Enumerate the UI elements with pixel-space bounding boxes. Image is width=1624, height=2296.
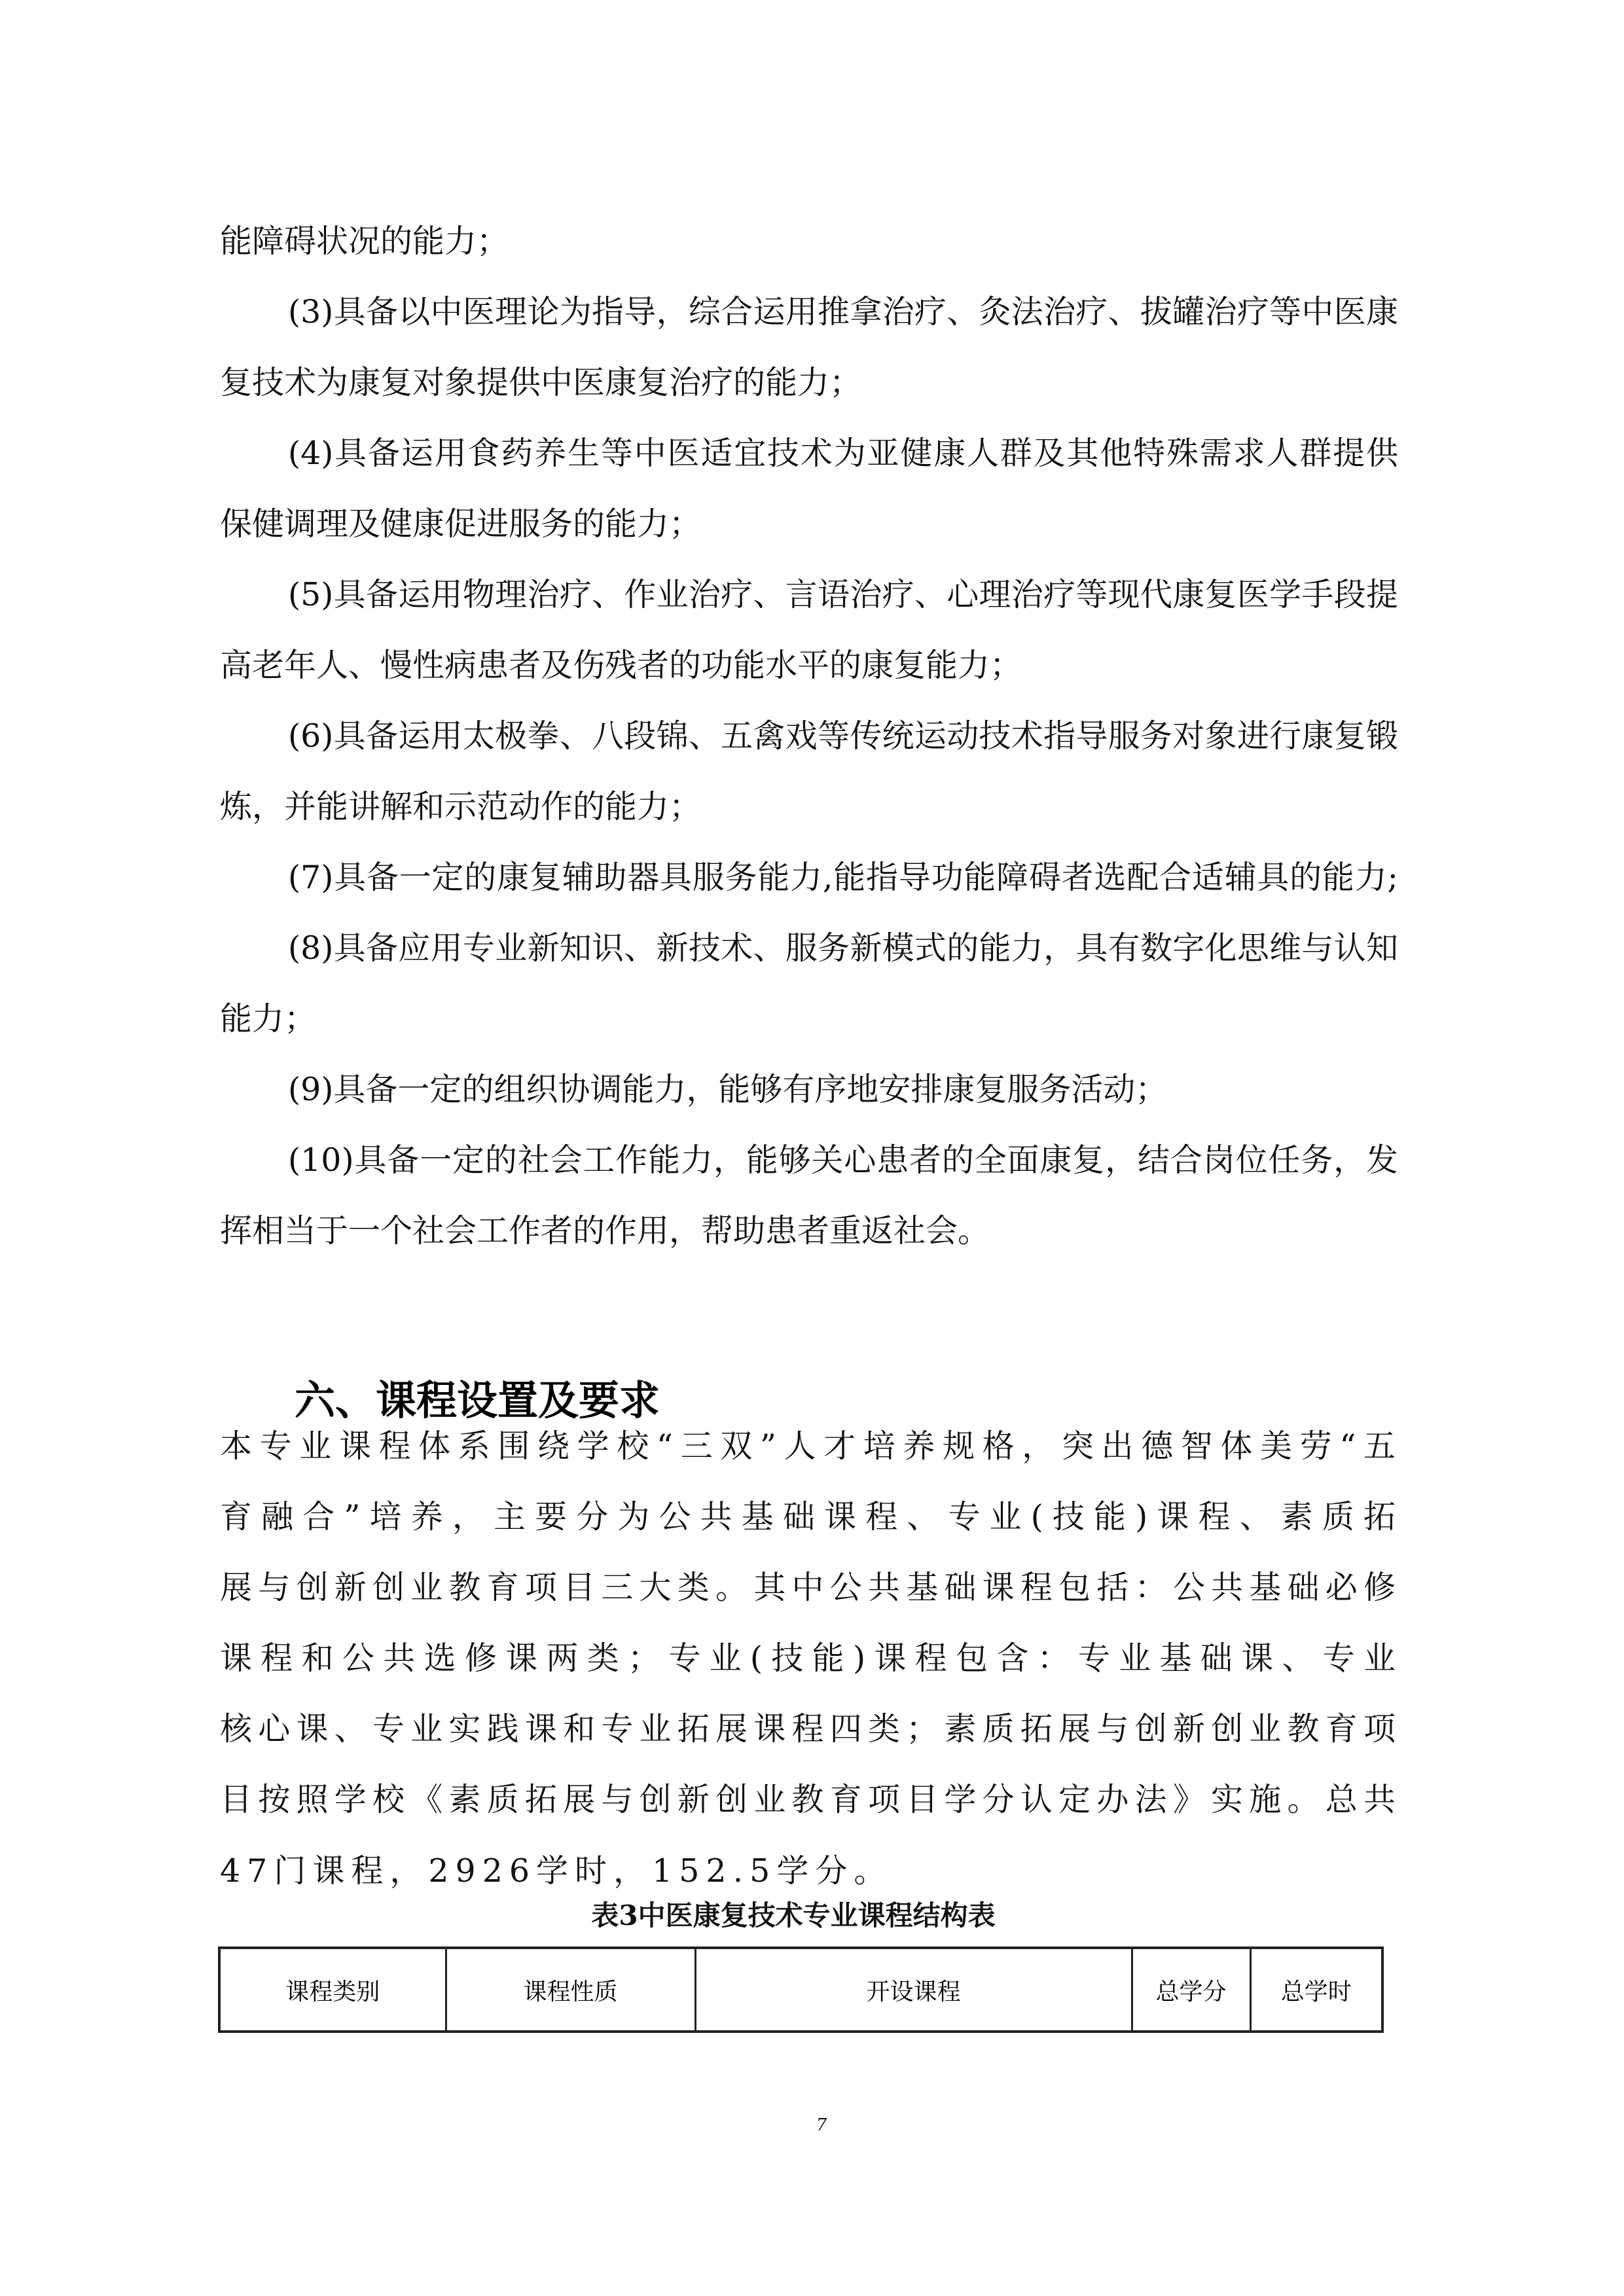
header-course-nature: 课程性质 bbox=[446, 1948, 695, 2032]
header-total-hours: 总学时 bbox=[1250, 1948, 1382, 2032]
paragraph-line: 本专业课程体系围绕学校“三双”人才培养规格，突出德智体美劳“五 bbox=[220, 1411, 1396, 1482]
table-caption: 表3中医康复技术专业课程结构表 bbox=[586, 1898, 1000, 1933]
list-item-6: (6)具备运用太极拳、八段锦、五禽戏等传统运动技术指导服务对象进行康复锻 bbox=[288, 701, 1398, 772]
course-structure-table: 课程类别 课程性质 开设课程 总学分 总学时 bbox=[218, 1946, 1384, 2033]
list-line: 保健调理及健康促进服务的能力； bbox=[220, 489, 1398, 560]
header-total-credits: 总学分 bbox=[1132, 1948, 1250, 2032]
list-item-10: (10)具备一定的社会工作能力，能够关心患者的全面康复，结合岗位任务，发 bbox=[288, 1125, 1398, 1196]
list-line: 炼，并能讲解和示范动作的能力； bbox=[220, 772, 1398, 842]
paragraph-line: 育融合”培养，主要分为公共基础课程、专业(技能)课程、素质拓 bbox=[220, 1482, 1396, 1552]
list-line: 复技术为康复对象提供中医康复治疗的能力； bbox=[220, 348, 1398, 418]
paragraph-line: 展与创新创业教育项目三大类。其中公共基础课程包括：公共基础必修 bbox=[220, 1552, 1396, 1623]
list-item-3: (3)具备以中医理论为指导，综合运用推拿治疗、灸法治疗、拔罐治疗等中医康 bbox=[288, 277, 1398, 348]
list-line: 高老年人、慢性病患者及伤残者的功能水平的康复能力； bbox=[220, 630, 1398, 701]
list-item-9: (9)具备一定的组织协调能力，能够有序地安排康复服务活动； bbox=[288, 1054, 1398, 1125]
list-item-7: (7)具备一定的康复辅助器具服务能力,能指导功能障碍者选配合适辅具的能力; bbox=[288, 842, 1398, 913]
table-header-row: 课程类别 课程性质 开设课程 总学分 总学时 bbox=[219, 1948, 1382, 2032]
list-item-4: (4)具备运用食药养生等中医适宜技术为亚健康人群及其他特殊需求人群提供 bbox=[288, 418, 1398, 489]
header-courses-offered: 开设课程 bbox=[695, 1948, 1132, 2032]
paragraph-line: 核心课、专业实践课和专业拓展课程四类；素质拓展与创新创业教育项 bbox=[220, 1694, 1396, 1765]
paragraph-line: 课程和公共选修课两类；专业(技能)课程包含：专业基础课、专业 bbox=[220, 1623, 1396, 1694]
list-item-5: (5)具备运用物理治疗、作业治疗、言语治疗、心理治疗等现代康复医学手段提 bbox=[288, 560, 1398, 630]
paragraph-line: 47门课程，2926学时，152.5学分。 bbox=[220, 1836, 1396, 1907]
list-line: 能力； bbox=[220, 984, 1398, 1054]
list-item-8: (8)具备应用专业新知识、新技术、服务新模式的能力，具有数字化思维与认知 bbox=[288, 913, 1398, 984]
page-number: 7 bbox=[812, 2115, 831, 2135]
list-line: 挥相当于一个社会工作者的作用，帮助患者重返社会。 bbox=[220, 1196, 1398, 1266]
paragraph-line: 目按照学校《素质拓展与创新创业教育项目学分认定办法》实施。总共 bbox=[220, 1765, 1396, 1835]
header-course-category: 课程类别 bbox=[219, 1948, 446, 2032]
list-line: 能障碍状况的能力； bbox=[220, 206, 1398, 277]
